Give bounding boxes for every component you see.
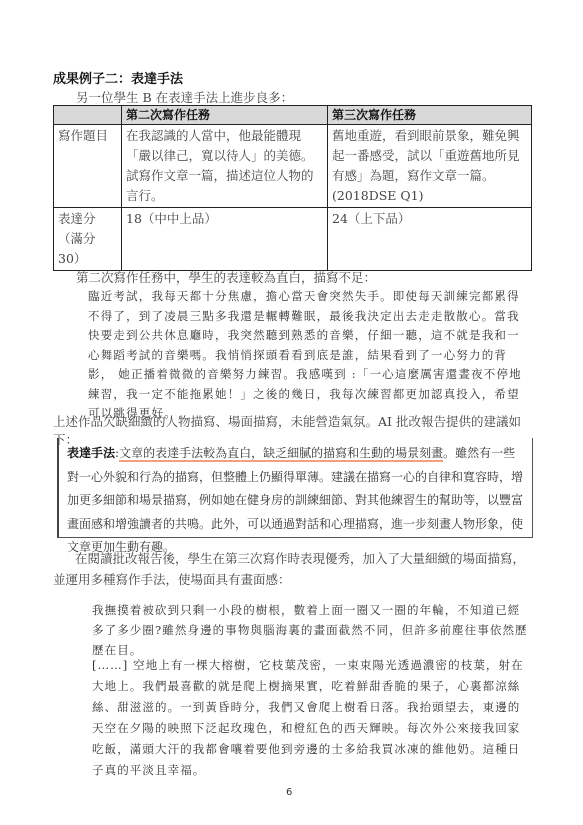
cell-second-score: 18（中中上品） <box>122 208 328 271</box>
cell-third-score: 24（上下品） <box>328 208 532 271</box>
ai-feedback-label: 表達手法 <box>67 446 115 460</box>
row-label: 寫作題目 <box>54 125 122 208</box>
table-header-third-task: 第三次寫作任務 <box>328 106 532 125</box>
table-header-empty <box>54 106 122 125</box>
cell-third-topic: 舊地重遊，看到眼前景象，難免興起一番感受，試以「重遊舊地所見有感」為題，寫作文章… <box>328 125 532 208</box>
table-row: 表達分（滿分30） 18（中中上品） 24（上下品） <box>54 208 532 271</box>
cell-second-topic: 在我認識的人當中，他最能體現「嚴以律己，寬以待人」的美德。試寫作文章一篇，描述這… <box>122 125 328 208</box>
paragraph-third-task: 在閱讀批改報告後，學生在第三次寫作時表現優秀，加入了大量細緻的場面描寫，並運用多… <box>53 548 535 590</box>
paragraph-second-task: 第二次寫作任務中，學生的表達較為直白，描寫不足： <box>76 268 376 286</box>
comparison-table: 第二次寫作任務 第三次寫作任務 寫作題目 在我認識的人當中，他最能體現「嚴以律己… <box>53 105 532 271</box>
student-excerpt-second: 臨近考試，我每天都十分焦慮，擔心當天會突然失手。即使每天訓練完都累得不得了，到了… <box>88 287 528 424</box>
page-number: 6 <box>286 787 292 798</box>
ai-feedback-highlight: 文章的表達手法較為直白，缺乏細膩的描寫和生動的場景刻畫 <box>119 446 443 462</box>
ai-feedback-body: 。雖然有一些對一心外貌和行為的描寫，但整體上仍顯得單薄。建議在描寫一心的自律和寬… <box>67 446 523 554</box>
section-heading: 成果例子二：表達手法 <box>53 68 183 87</box>
student-excerpt-third-1: 我撫摸着被砍到只剩一小段的樹根，數着上面一圈又一圈的年輪，不知道已經多了多少圈?… <box>92 600 528 660</box>
table-header-second-task: 第二次寫作任務 <box>122 106 328 125</box>
table-header-row: 第二次寫作任務 第三次寫作任務 <box>54 106 532 125</box>
table-row: 寫作題目 在我認識的人當中，他最能體現「嚴以律己，寬以待人」的美德。試寫作文章一… <box>54 125 532 208</box>
row-label: 表達分（滿分30） <box>54 208 122 271</box>
intro-text: 另一位學生 B 在表達手法上進步良多： <box>76 88 293 106</box>
ai-feedback-box: 表達手法:文章的表達手法較為直白，缺乏細膩的描寫和生動的場景刻畫。雖然有一些對一… <box>57 438 533 538</box>
student-excerpt-third-2: [……] 空地上有一棵大榕樹，它枝葉茂密，一束束陽光透過濃密的枝葉，射在大地上。… <box>92 655 528 781</box>
